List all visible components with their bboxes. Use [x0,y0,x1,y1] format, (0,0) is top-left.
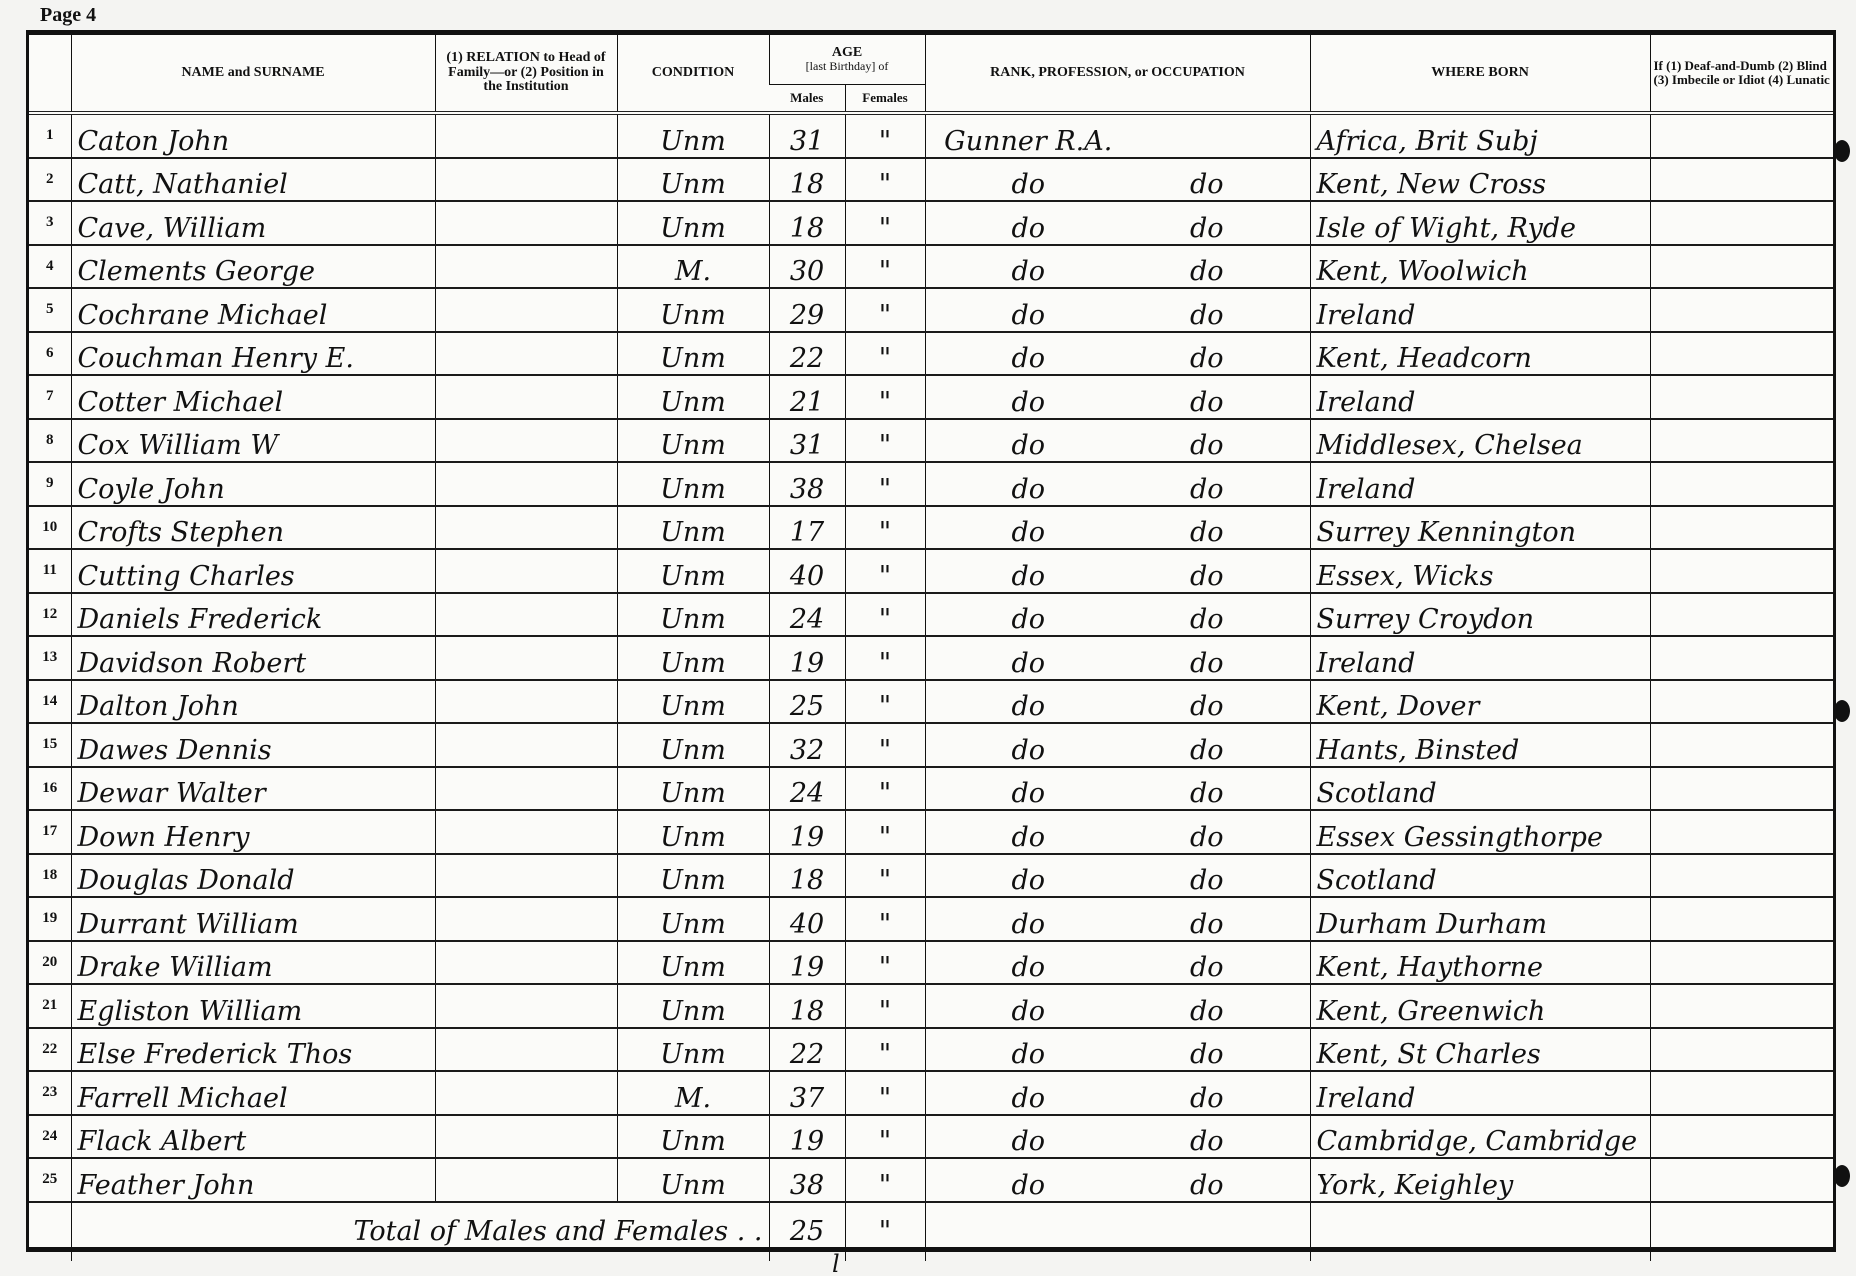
header-occupation: RANK, PROFESSION, or OCCUPATION [925,35,1310,113]
totals-blank-born [1310,1202,1650,1261]
age-females-cell: " [845,810,925,854]
row-number: 11 [29,549,71,593]
name-cell: Dewar Walter [71,767,435,811]
where-born-cell: Ireland [1310,636,1650,680]
occupation-cell: dodo [925,419,1310,463]
table-row: 11Cutting CharlesUnm40"dodoEssex, Wicks [29,549,1833,593]
occupation-rank: do [939,778,1118,809]
where-born-cell: Kent, St Charles [1310,1028,1650,1072]
condition-cell: Unm [617,201,769,245]
occupation-ditto: do [1118,1083,1297,1114]
scan-mark [1834,140,1850,162]
table-row: 2Catt, NathanielUnm18"dodoKent, New Cros… [29,158,1833,202]
age-males-cell: 29 [769,288,845,332]
where-born-cell: Cambridge, Cambridge [1310,1115,1650,1159]
age-females-cell: " [845,288,925,332]
name-cell: Else Frederick Thos [71,1028,435,1072]
relation-cell [435,767,617,811]
occupation-ditto: do [1118,604,1297,635]
age-females-cell: " [845,593,925,637]
age-males-cell: 25 [769,680,845,724]
relation-cell [435,332,617,376]
table-row: 12Daniels FrederickUnm24"dodoSurrey Croy… [29,593,1833,637]
occupation-rank: Gunner R.A. [939,126,1118,157]
age-females-cell: " [845,1115,925,1159]
condition-cell: Unm [617,1115,769,1159]
name-cell: Dawes Dennis [71,723,435,767]
margin-mark: l [832,1250,840,1276]
header-where-born: WHERE BORN [1310,35,1650,113]
where-born-cell: Essex, Wicks [1310,549,1650,593]
table-row: 9Coyle JohnUnm38"dodoIreland [29,462,1833,506]
header-age: AGE [last Birthday] of [769,35,925,84]
condition-cell: Unm [617,897,769,941]
condition-cell: Unm [617,332,769,376]
row-number: 20 [29,941,71,985]
infirmity-cell [1650,1158,1833,1202]
occupation-ditto: do [1118,648,1297,679]
age-females-cell: " [845,767,925,811]
age-females-cell: " [845,113,925,158]
occupation-ditto: do [1118,169,1297,200]
age-females-cell: " [845,1158,925,1202]
age-males-cell: 19 [769,636,845,680]
age-males-cell: 22 [769,1028,845,1072]
table-row: 5Cochrane MichaelUnm29"dodoIreland [29,288,1833,332]
occupation-ditto: do [1118,430,1297,461]
occupation-cell: dodo [925,897,1310,941]
table-row: 24Flack AlbertUnm19"dodoCambridge, Cambr… [29,1115,1833,1159]
condition-cell: M. [617,245,769,289]
name-cell: Cotter Michael [71,375,435,419]
occupation-cell: dodo [925,375,1310,419]
name-cell: Cutting Charles [71,549,435,593]
infirmity-cell [1650,549,1833,593]
name-cell: Down Henry [71,810,435,854]
name-cell: Cave, William [71,201,435,245]
relation-cell [435,1071,617,1115]
name-cell: Coyle John [71,462,435,506]
age-females-cell: " [845,158,925,202]
occupation-rank: do [939,256,1118,287]
occupation-cell: dodo [925,636,1310,680]
condition-cell: Unm [617,680,769,724]
condition-cell: Unm [617,158,769,202]
infirmity-cell [1650,854,1833,898]
header-age-title: AGE [773,46,922,61]
condition-cell: Unm [617,593,769,637]
relation-cell [435,1158,617,1202]
row-number: 25 [29,1158,71,1202]
occupation-ditto: do [1118,213,1297,244]
age-males-cell: 37 [769,1071,845,1115]
name-cell: Clements George [71,245,435,289]
age-females-cell: " [845,984,925,1028]
row-number: 1 [29,113,71,158]
occupation-rank: do [939,300,1118,331]
age-males-cell: 31 [769,419,845,463]
age-females-cell: " [845,245,925,289]
row-number: 12 [29,593,71,637]
occupation-ditto: do [1118,735,1297,766]
infirmity-cell [1650,245,1833,289]
occupation-cell: dodo [925,1158,1310,1202]
table-row: 22Else Frederick ThosUnm22"dodoKent, St … [29,1028,1833,1072]
row-number: 18 [29,854,71,898]
age-males-cell: 31 [769,113,845,158]
occupation-cell: dodo [925,941,1310,985]
header-males: Males [769,84,845,113]
condition-cell: Unm [617,636,769,680]
relation-cell [435,245,617,289]
infirmity-cell [1650,593,1833,637]
row-number: 8 [29,419,71,463]
page-label: Page 4 [40,4,96,27]
header-infirmity: If (1) Deaf-and-Dumb (2) Blind (3) Imbec… [1650,35,1833,113]
header-females: Females [845,84,925,113]
condition-cell: Unm [617,723,769,767]
row-number: 5 [29,288,71,332]
table-row: 16Dewar WalterUnm24"dodoScotland [29,767,1833,811]
row-number: 15 [29,723,71,767]
table-row: 3Cave, WilliamUnm18"dodoIsle of Wight, R… [29,201,1833,245]
infirmity-cell [1650,1115,1833,1159]
occupation-rank: do [939,1126,1118,1157]
where-born-cell: Kent, Haythorne [1310,941,1650,985]
occupation-ditto: do [1118,517,1297,548]
infirmity-cell [1650,723,1833,767]
condition-cell: M. [617,1071,769,1115]
occupation-rank: do [939,517,1118,548]
where-born-cell: Durham Durham [1310,897,1650,941]
infirmity-cell [1650,375,1833,419]
condition-cell: Unm [617,462,769,506]
name-cell: Catt, Nathaniel [71,158,435,202]
row-number: 14 [29,680,71,724]
infirmity-cell [1650,288,1833,332]
occupation-ditto: do [1118,387,1297,418]
occupation-ditto: do [1118,474,1297,505]
relation-cell [435,158,617,202]
condition-cell: Unm [617,113,769,158]
age-males-cell: 19 [769,941,845,985]
occupation-cell: dodo [925,723,1310,767]
row-number: 6 [29,332,71,376]
row-number: 9 [29,462,71,506]
where-born-cell: Kent, New Cross [1310,158,1650,202]
where-born-cell: Kent, Headcorn [1310,332,1650,376]
occupation-rank: do [939,387,1118,418]
age-males-cell: 38 [769,1158,845,1202]
where-born-cell: Surrey Kennington [1310,506,1650,550]
table-row: 20Drake WilliamUnm19"dodoKent, Haythorne [29,941,1833,985]
occupation-ditto: do [1118,256,1297,287]
age-females-cell: " [845,723,925,767]
where-born-cell: Africa, Brit Subj [1310,113,1650,158]
age-males-cell: 17 [769,506,845,550]
occupation-cell: dodo [925,1071,1310,1115]
name-cell: Drake William [71,941,435,985]
occupation-rank: do [939,952,1118,983]
condition-cell: Unm [617,506,769,550]
row-number: 10 [29,506,71,550]
occupation-cell: dodo [925,158,1310,202]
where-born-cell: Surrey Croydon [1310,593,1650,637]
relation-cell [435,201,617,245]
age-males-cell: 18 [769,201,845,245]
name-cell: Flack Albert [71,1115,435,1159]
occupation-rank: do [939,822,1118,853]
age-females-cell: " [845,462,925,506]
condition-cell: Unm [617,375,769,419]
age-females-cell: " [845,332,925,376]
occupation-ditto: do [1118,691,1297,722]
occupation-rank: do [939,213,1118,244]
occupation-rank: do [939,865,1118,896]
occupation-rank: do [939,996,1118,1027]
occupation-ditto: do [1118,300,1297,331]
age-males-cell: 32 [769,723,845,767]
totals-blank-infirmity [1650,1202,1833,1261]
table-row: 10Crofts StephenUnm17"dodoSurrey Kenning… [29,506,1833,550]
occupation-ditto: do [1118,1126,1297,1157]
age-females-cell: " [845,201,925,245]
where-born-cell: Essex Gessingthorpe [1310,810,1650,854]
occupation-cell: dodo [925,810,1310,854]
table-row: 21Egliston WilliamUnm18"dodoKent, Greenw… [29,984,1833,1028]
table-row: 7Cotter MichaelUnm21"dodoIreland [29,375,1833,419]
table-row: 14Dalton JohnUnm25"dodoKent, Dover [29,680,1833,724]
occupation-rank: do [939,343,1118,374]
table-row: 1Caton JohnUnm31"Gunner R.A.Africa, Brit… [29,113,1833,158]
where-born-cell: Kent, Woolwich [1310,245,1650,289]
occupation-rank: do [939,1083,1118,1114]
occupation-ditto: do [1118,1039,1297,1070]
age-males-cell: 40 [769,897,845,941]
table-row: 17Down HenryUnm19"dodoEssex Gessingthorp… [29,810,1833,854]
occupation-cell: dodo [925,245,1310,289]
occupation-cell: dodo [925,332,1310,376]
where-born-cell: Ireland [1310,288,1650,332]
where-born-cell: York, Keighley [1310,1158,1650,1202]
relation-cell [435,549,617,593]
age-males-cell: 30 [769,245,845,289]
row-number: 17 [29,810,71,854]
age-males-cell: 24 [769,767,845,811]
row-number: 16 [29,767,71,811]
row-number: 2 [29,158,71,202]
age-females-cell: " [845,1071,925,1115]
infirmity-cell [1650,332,1833,376]
age-males-cell: 24 [769,593,845,637]
age-females-cell: " [845,941,925,985]
relation-cell [435,1028,617,1072]
census-rows: 1Caton JohnUnm31"Gunner R.A.Africa, Brit… [29,113,1833,1202]
where-born-cell: Ireland [1310,462,1650,506]
table-row: 19Durrant WilliamUnm40"dodoDurham Durham [29,897,1833,941]
table-row: 6Couchman Henry E.Unm22"dodoKent, Headco… [29,332,1833,376]
header-age-subtitle: [last Birthday] of [773,60,922,73]
occupation-rank: do [939,561,1118,592]
where-born-cell: Kent, Greenwich [1310,984,1650,1028]
where-born-cell: Isle of Wight, Ryde [1310,201,1650,245]
condition-cell: Unm [617,1158,769,1202]
age-males-cell: 18 [769,984,845,1028]
occupation-ditto: do [1118,822,1297,853]
table-row: 4Clements GeorgeM.30"dodoKent, Woolwich [29,245,1833,289]
where-born-cell: Kent, Dover [1310,680,1650,724]
condition-cell: Unm [617,767,769,811]
occupation-rank: do [939,604,1118,635]
name-cell: Crofts Stephen [71,506,435,550]
age-females-cell: " [845,636,925,680]
relation-cell [435,984,617,1028]
occupation-rank: do [939,1039,1118,1070]
occupation-ditto: do [1118,909,1297,940]
scan-mark [1834,1165,1850,1187]
age-males-cell: 18 [769,158,845,202]
relation-cell [435,288,617,332]
condition-cell: Unm [617,984,769,1028]
condition-cell: Unm [617,419,769,463]
occupation-cell: dodo [925,984,1310,1028]
occupation-cell: dodo [925,593,1310,637]
where-born-cell: Scotland [1310,854,1650,898]
scan-mark [1834,700,1850,722]
infirmity-cell [1650,1028,1833,1072]
header-condition: CONDITION [617,35,769,113]
occupation-ditto: do [1118,996,1297,1027]
occupation-cell: dodo [925,549,1310,593]
table-row: 23Farrell MichaelM.37"dodoIreland [29,1071,1833,1115]
occupation-ditto: do [1118,561,1297,592]
condition-cell: Unm [617,941,769,985]
where-born-cell: Hants, Binsted [1310,723,1650,767]
age-males-cell: 18 [769,854,845,898]
infirmity-cell [1650,941,1833,985]
name-cell: Farrell Michael [71,1071,435,1115]
relation-cell [435,723,617,767]
age-females-cell: " [845,854,925,898]
infirmity-cell [1650,897,1833,941]
relation-cell [435,897,617,941]
age-females-cell: " [845,506,925,550]
relation-cell [435,941,617,985]
row-number: 3 [29,201,71,245]
occupation-rank: do [939,735,1118,766]
relation-cell [435,680,617,724]
name-cell: Durrant William [71,897,435,941]
name-cell: Daniels Frederick [71,593,435,637]
occupation-rank: do [939,691,1118,722]
where-born-cell: Middlesex, Chelsea [1310,419,1650,463]
age-females-cell: " [845,680,925,724]
relation-cell [435,375,617,419]
occupation-cell: dodo [925,506,1310,550]
name-cell: Cox William W [71,419,435,463]
infirmity-cell [1650,767,1833,811]
table-row: 13Davidson RobertUnm19"dodoIreland [29,636,1833,680]
name-cell: Feather John [71,1158,435,1202]
where-born-cell: Scotland [1310,767,1650,811]
row-number: 13 [29,636,71,680]
totals-blank-occupation [925,1202,1310,1261]
relation-cell [435,1115,617,1159]
occupation-cell: dodo [925,1115,1310,1159]
occupation-ditto: do [1118,778,1297,809]
header-relation: (1) RELATION to Head of Family—or (2) Po… [435,35,617,113]
relation-cell [435,854,617,898]
occupation-ditto: do [1118,952,1297,983]
occupation-cell: dodo [925,1028,1310,1072]
age-males-cell: 22 [769,332,845,376]
occupation-rank: do [939,909,1118,940]
infirmity-cell [1650,113,1833,158]
occupation-rank: do [939,648,1118,679]
where-born-cell: Ireland [1310,1071,1650,1115]
age-females-cell: " [845,419,925,463]
occupation-rank: do [939,1170,1118,1201]
age-females-cell: " [845,549,925,593]
name-cell: Caton John [71,113,435,158]
name-cell: Egliston William [71,984,435,1028]
occupation-cell: dodo [925,767,1310,811]
row-number: 4 [29,245,71,289]
age-males-cell: 38 [769,462,845,506]
relation-cell [435,113,617,158]
age-females-cell: " [845,375,925,419]
row-number: 22 [29,1028,71,1072]
relation-cell [435,810,617,854]
totals-row: Total of Males and Females . . 25 " [29,1202,1833,1261]
infirmity-cell [1650,419,1833,463]
infirmity-cell [1650,462,1833,506]
age-males-cell: 40 [769,549,845,593]
row-number: 24 [29,1115,71,1159]
condition-cell: Unm [617,288,769,332]
totals-label: Total of Males and Females . . [71,1202,769,1261]
table-row: 18Douglas DonaldUnm18"dodoScotland [29,854,1833,898]
infirmity-cell [1650,158,1833,202]
name-cell: Davidson Robert [71,636,435,680]
name-cell: Cochrane Michael [71,288,435,332]
occupation-cell: dodo [925,680,1310,724]
occupation-cell: dodo [925,201,1310,245]
name-cell: Douglas Donald [71,854,435,898]
infirmity-cell [1650,984,1833,1028]
occupation-rank: do [939,474,1118,505]
row-number: 7 [29,375,71,419]
occupation-cell: dodo [925,462,1310,506]
census-table: NAME and SURNAME (1) RELATION to Head of… [29,35,1833,1261]
condition-cell: Unm [617,549,769,593]
header-row-number [29,35,71,113]
header-name: NAME and SURNAME [71,35,435,113]
table-row: 15Dawes DennisUnm32"dodoHants, Binsted [29,723,1833,767]
relation-cell [435,506,617,550]
name-cell: Couchman Henry E. [71,332,435,376]
totals-blank [29,1202,71,1261]
occupation-ditto: do [1118,1170,1297,1201]
row-number: 23 [29,1071,71,1115]
occupation-rank: do [939,169,1118,200]
relation-cell [435,636,617,680]
infirmity-cell [1650,201,1833,245]
relation-cell [435,462,617,506]
condition-cell: Unm [617,854,769,898]
infirmity-cell [1650,810,1833,854]
relation-cell [435,419,617,463]
